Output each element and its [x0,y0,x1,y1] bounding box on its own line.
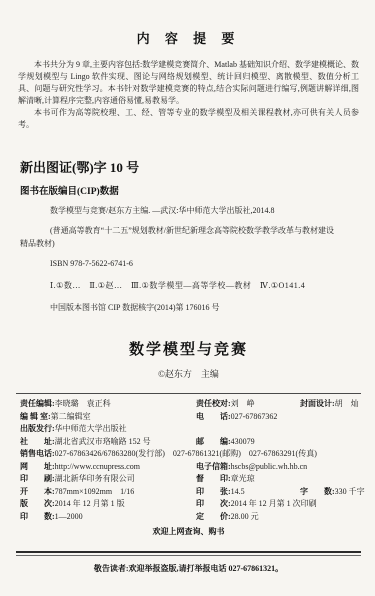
colophon-value: 28.00 元 [231,512,259,521]
colophon-cell: 社 址:湖北省武汉市珞喻路 152 号 [20,436,196,449]
summary-heading: 内 容 提 要 [16,28,361,47]
colophon-cell: 电子信箱:hscbs@public.wh.hb.cn [196,461,300,474]
colophon-label: 编 辑 室: [20,412,51,421]
colophon-value: 胡 灿 [335,399,359,408]
colophon-cell: 印 张:14.5 [196,486,300,499]
colophon-value: 章光琼 [231,474,255,483]
colophon-value: 787mm×1092mm 1/16 [55,487,135,496]
publication-license-number: 新出图证(鄂)字 10 号 [20,157,361,176]
colophon-row: 社 址:湖北省武汉市珞喻路 152 号邮 编:430079 [20,436,361,449]
colophon-value: 李晓璐 袁正科 [55,399,111,408]
summary-paragraph-1: 本书共分为 9 章,主要内容包括:数学建模竞赛简介、Matlab 基础知识介绍、… [18,59,359,107]
colophon-value: 2014 年 12 月第 1 次印刷 [231,499,317,508]
cip-title-line: 数学模型与竞赛/赵东方主编. —武汉:华中师范大学出版社,2014.8 [50,205,361,217]
book-title: 数学模型与竞赛 [16,338,361,359]
colophon-value: http://www.ccnupress.com [55,462,140,471]
colophon-value: 14.5 [231,487,245,496]
colophon-label: 销售电话: [20,449,55,458]
divider-rule [16,393,361,394]
colophon-cell: 印 刷:湖北新华印务有限公司 [20,473,196,486]
colophon-row: 网 址:http://www.ccnupress.com电子信箱:hscbs@p… [20,461,361,474]
book-copyright-page: 内 容 提 要 本书共分为 9 章,主要内容包括:数学建模竞赛简介、Matlab… [0,0,375,574]
colophon-label: 开 本: [20,487,55,496]
colophon-value: 湖北新华印务有限公司 [55,474,135,483]
summary-paragraph-2: 本书可作为高等院校理、工、经、管等专业的数学模型及相关课程教材,亦可供有关人员参… [18,107,359,131]
colophon-cell: 印 次:2014 年 12 月第 1 次印刷 [196,498,300,511]
isbn-line: ISBN 978-7-5622-6741-6 [50,258,361,270]
colophon-cell: 责任校对:刘 峥 [196,398,300,411]
colophon-label: 封面设计: [300,399,335,408]
colophon-label: 责任校对: [196,399,231,408]
cip-series-line: (普通高等教育“十二五”规划教材/新世纪新理念高等院校数学教学改革与教材建设 [50,225,361,237]
colophon-label: 责任编辑: [20,399,55,408]
colophon-cell: 网 址:http://www.ccnupress.com [20,461,196,474]
colophon-value: 2014 年 12 月第 1 版 [55,499,125,508]
colophon-value: 330 千字 [335,487,365,496]
colophon-label: 定 价: [196,512,231,521]
colophon-label: 印 刷: [20,474,55,483]
colophon-row: 版 次:2014 年 12 月第 1 版印 次:2014 年 12 月第 1 次… [20,498,361,511]
colophon-cell: 责任编辑:李晓璐 袁正科 [20,398,196,411]
colophon-value: 第二编辑室 [51,412,91,421]
colophon-cell: 电 话:027-67867362 [196,411,300,424]
colophon-label: 印 数: [20,512,55,521]
colophon-row: 责任编辑:李晓璐 袁正科责任校对:刘 峥封面设计:胡 灿 [20,398,361,411]
colophon-cell: 定 价:28.00 元 [196,511,300,524]
colophon-label: 印 次: [196,499,231,508]
colophon-cell: 开 本:787mm×1092mm 1/16 [20,486,196,499]
colophon-value: 刘 峥 [231,399,255,408]
colophon-value: 华中师范大学出版社 [55,424,127,433]
colophon-value: 1—2000 [55,512,83,521]
colophon-label: 字 数: [300,487,335,496]
colophon-label: 版 次: [20,499,55,508]
colophon-cell: 督 印:章光琼 [196,473,300,486]
colophon-value: 湖北省武汉市珞喻路 152 号 [55,437,151,446]
colophon-value: 430079 [231,437,255,446]
book-author: ©赵东方 主编 [16,367,361,380]
colophon-label: 督 印: [196,474,231,483]
colophon-row: 出版发行:华中师范大学出版社 [20,423,361,436]
colophon-cell: 封面设计:胡 灿 [300,398,361,411]
colophon-value: 027-67863426/67863280(发行部) 027-67861321(… [55,449,317,458]
cip-series-line-continued: 精品教材) [20,238,361,250]
colophon-cell: 出版发行:华中师范大学出版社 [20,423,361,436]
colophon-value: 027-67867362 [231,412,278,421]
purchase-note: 欢迎上网查询、购书 [16,526,361,537]
colophon-label: 社 址: [20,437,55,446]
colophon-row: 销售电话:027-67863426/67863280(发行部) 027-6786… [20,448,361,461]
colophon-label: 出版发行: [20,424,55,433]
colophon-cell: 字 数:330 千字 [300,486,365,499]
colophon-cell: 版 次:2014 年 12 月第 1 版 [20,498,196,511]
bottom-double-rule [16,551,361,556]
colophon-row: 编 辑 室:第二编辑室电 话:027-67867362 [20,411,361,424]
colophon-row: 印 刷:湖北新华印务有限公司督 印:章光琼 [20,473,361,486]
colophon-label: 印 张: [196,487,231,496]
colophon-cell: 销售电话:027-67863426/67863280(发行部) 027-6786… [20,448,361,461]
cip-heading: 图书在版编目(CIP)数据 [20,183,361,197]
colophon-label: 电 话: [196,412,231,421]
cip-record-number-line: 中国版本图书馆 CIP 数据核字(2014)第 176016 号 [50,302,361,314]
colophon-label: 网 址: [20,462,55,471]
colophon-label: 电子信箱: [196,462,231,471]
cip-classification-line: Ⅰ.①数… Ⅱ.①赵… Ⅲ.①数学模型—高等学校—教材 Ⅳ.①O141.4 [50,280,361,292]
colophon-row: 印 数:1—2000定 价:28.00 元 [20,511,361,524]
colophon-row: 开 本:787mm×1092mm 1/16印 张:14.5字 数:330 千字 [20,486,361,499]
colophon-label: 邮 编: [196,437,231,446]
colophon-cell: 编 辑 室:第二编辑室 [20,411,196,424]
colophon-cell: 邮 编:430079 [196,436,300,449]
colophon-cell: 印 数:1—2000 [20,511,196,524]
colophon-table: 责任编辑:李晓璐 袁正科责任校对:刘 峥封面设计:胡 灿编 辑 室:第二编辑室电… [20,398,361,523]
piracy-report-notice: 敬告读者:欢迎举报盗版,请打举报电话 027-67861321。 [16,563,361,574]
colophon-value: hscbs@public.wh.hb.cn [231,462,307,471]
